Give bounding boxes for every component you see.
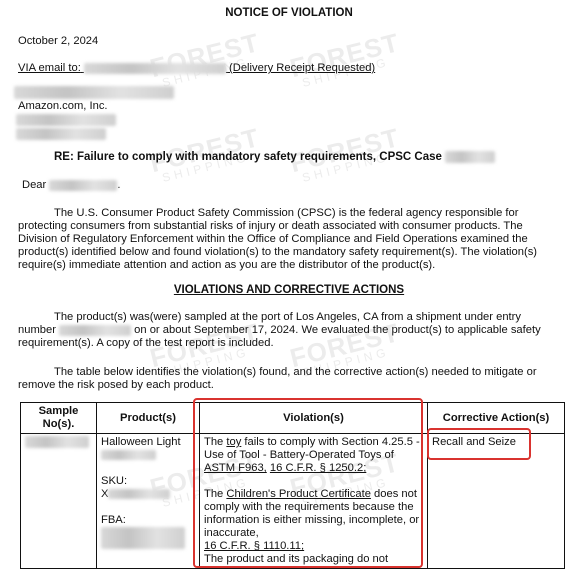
document-date: October 2, 2024 <box>18 35 98 47</box>
re-line: RE: Failure to comply with mandatory saf… <box>54 151 495 163</box>
document-title: NOTICE OF VIOLATION <box>0 7 578 19</box>
redacted-email <box>84 63 226 74</box>
redacted-case-number <box>445 151 495 163</box>
redacted-sku <box>108 489 170 499</box>
redacted-sample-no <box>25 436 89 448</box>
redacted-recipient-name <box>14 86 174 100</box>
redacted-fba <box>101 527 185 549</box>
section-heading: VIOLATIONS AND CORRECTIVE ACTIONS <box>0 284 578 296</box>
salutation: Dear . <box>22 179 120 191</box>
product-name: Halloween Light <box>101 436 195 449</box>
table-intro-paragraph: The table below identifies the violation… <box>18 366 558 392</box>
watermark: FORESTSHIPPING <box>287 27 405 92</box>
header-sample: Sample No(s). <box>21 403 97 434</box>
sample-cell <box>21 434 97 569</box>
sku-label: SKU: <box>101 475 195 488</box>
via-email-label: VIA email to: <box>18 62 81 74</box>
intro-paragraph: The U.S. Consumer Product Safety Commiss… <box>18 207 558 272</box>
recipient-company: Amazon.com, Inc. <box>18 100 108 112</box>
watermark: FORESTSHIPPING <box>147 27 265 92</box>
sampling-paragraph: The product(s) was(were) sampled at the … <box>18 311 558 350</box>
via-email-line: VIA email to: (Delivery Receipt Requeste… <box>18 62 375 74</box>
redacted-entry-number <box>59 325 131 336</box>
redacted-addressee <box>49 180 117 191</box>
header-product: Product(s) <box>97 403 200 434</box>
via-email-suffix: (Delivery Receipt Requested) <box>229 62 375 74</box>
highlight-corrective-box <box>427 428 531 460</box>
redacted-address <box>16 114 116 140</box>
product-cell: Halloween Light SKU: X FBA: <box>97 434 200 569</box>
highlight-violation-box <box>193 398 423 568</box>
redacted-product-detail <box>101 450 156 460</box>
fba-label: FBA: <box>101 514 195 527</box>
